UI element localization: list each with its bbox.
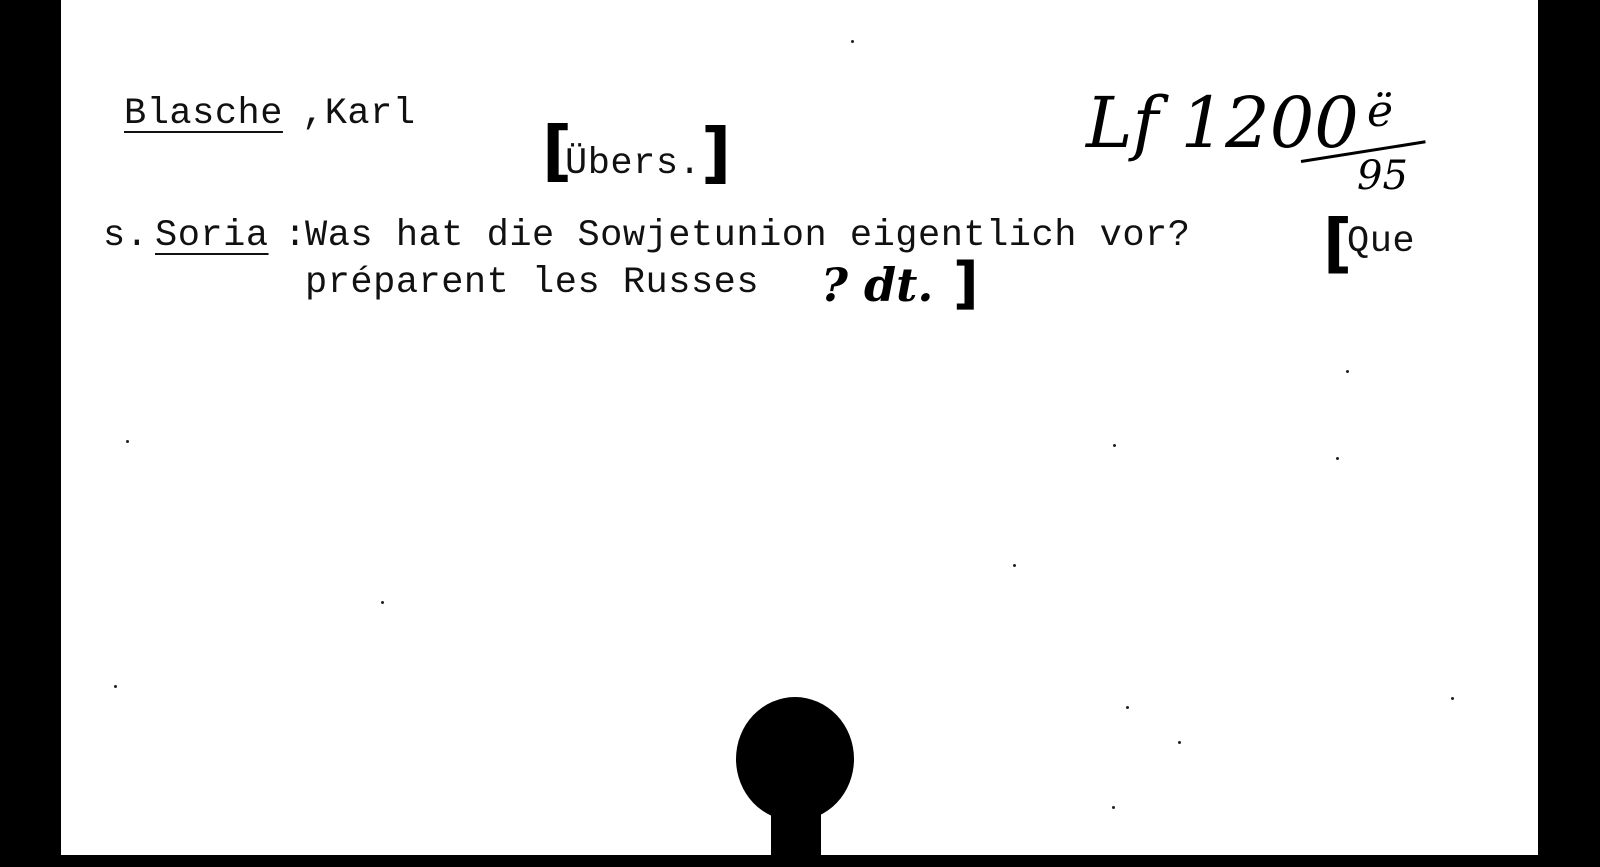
shelfmark-handwritten: Lf 1200 [1086,88,1359,158]
speck [1346,370,1349,373]
speck [1013,564,1016,567]
speck [1336,457,1339,460]
punch-hole-slot [771,800,821,867]
speck [851,40,854,43]
speck [126,440,129,443]
see-prefix: s. [103,218,148,255]
speck [1112,806,1115,809]
role-note: Übers. [565,146,701,183]
see-colon: : [284,218,307,255]
title-line-2: préparent les Russes [305,265,759,302]
author-surname: Blasche [124,96,283,133]
speck [1451,697,1454,700]
original-title-bracket-close: ] [953,256,979,312]
original-title-line-1: Que [1347,224,1415,261]
speck [1113,444,1116,447]
see-author: Soria [155,218,269,255]
shelfmark-superscript: ë [1367,90,1393,134]
title-line-1: Was hat die Sowjetunion eigentlich vor? [305,218,1190,255]
role-bracket-close: ] [701,120,731,186]
author-given-name: ,Karl [302,96,416,133]
speck [114,685,117,688]
speck [381,601,384,604]
speck [1126,706,1129,709]
shelfmark-subscript: 95 [1357,156,1408,196]
handwritten-note: ? dt. [821,262,933,308]
speck [1178,741,1181,744]
